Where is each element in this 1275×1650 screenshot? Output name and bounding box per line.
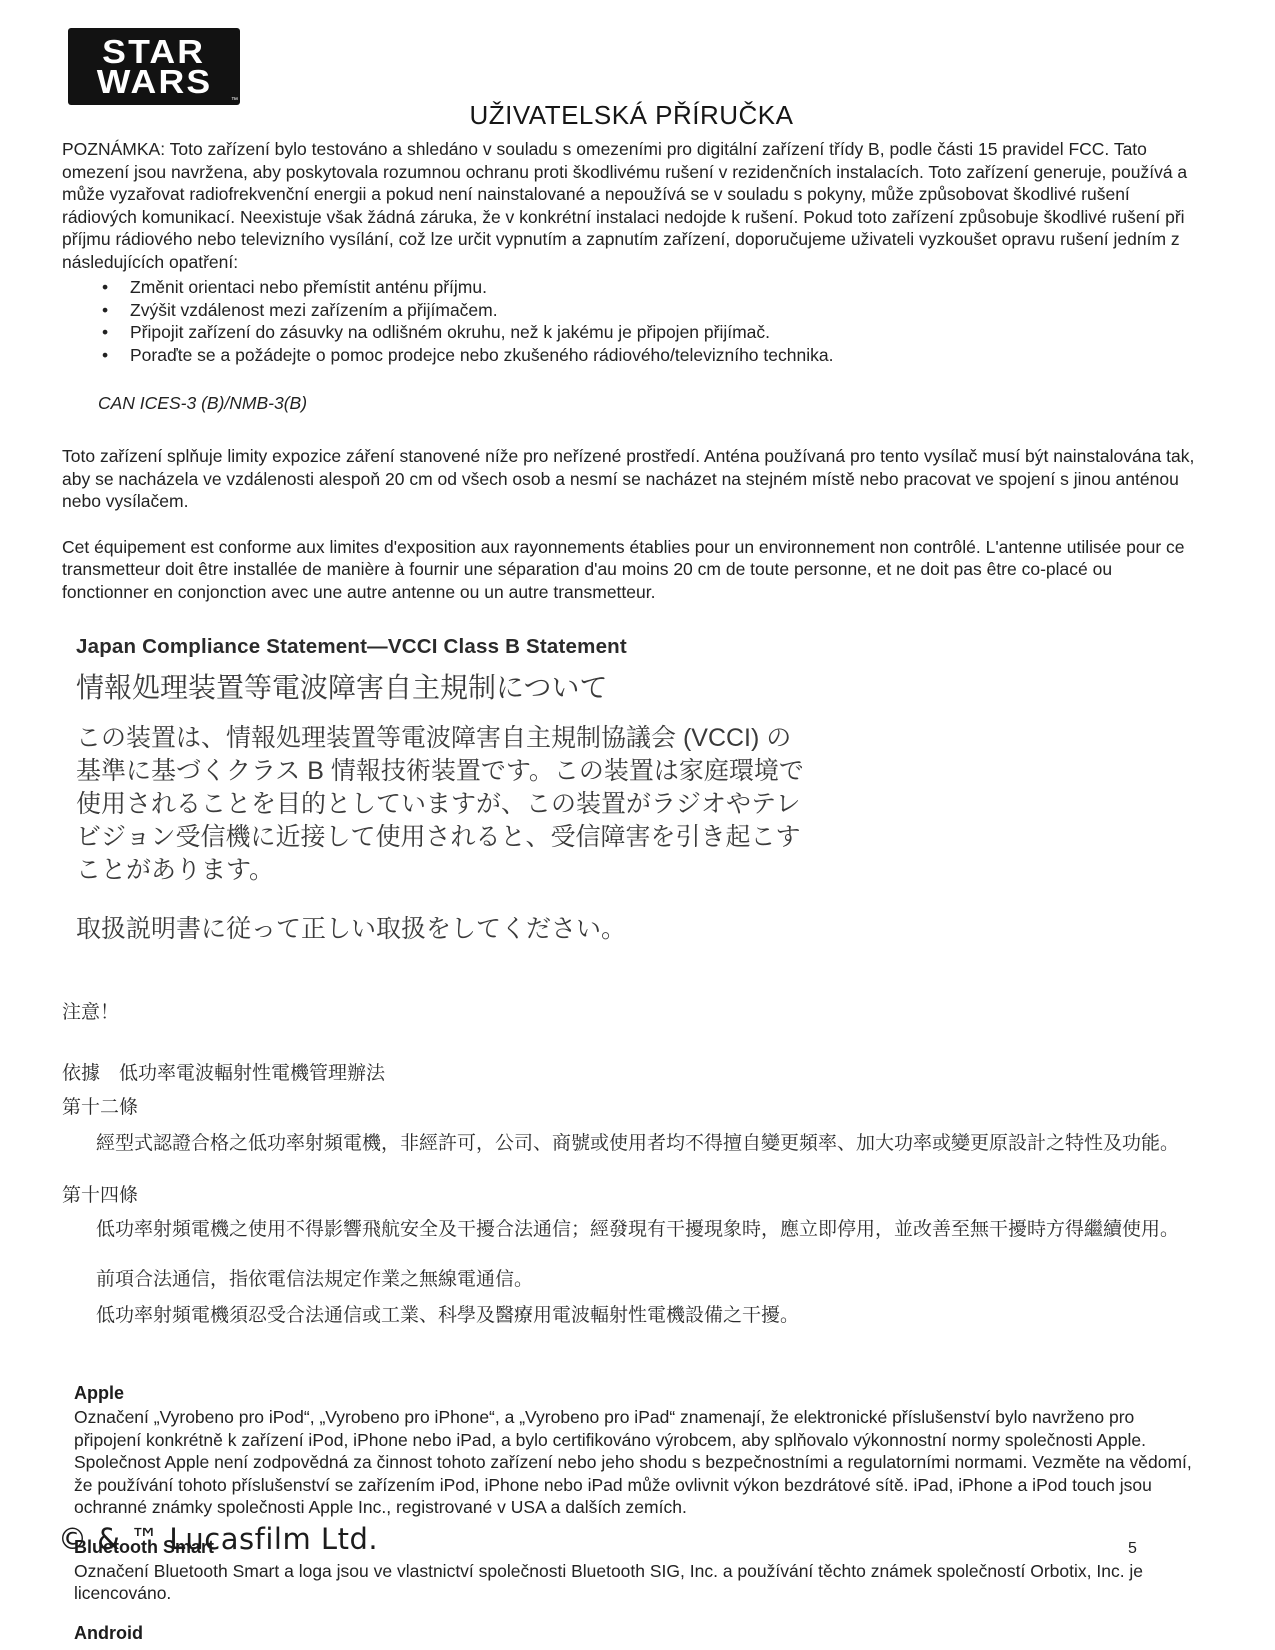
- vcci-body-line: 使用されることを目的としていますが、この装置がラジオやテレ: [76, 788, 1201, 821]
- taiwan-note2: 低功率射頻電機須忍受合法通信或工業、科學及醫療用電波輻射性電機設備之干擾。: [96, 1303, 1201, 1328]
- list-item: Připojit zařízení do zásuvky na odlišném…: [62, 321, 1201, 344]
- taiwan-ncc-section: 注意！ 依據 低功率電波輻射性電機管理辦法 第十二條 經型式認證合格之低功率射頻…: [62, 1000, 1201, 1328]
- bluetooth-paragraph: Označení Bluetooth Smart a loga jsou ve …: [74, 1560, 1201, 1605]
- japan-compliance-section: Japan Compliance Statement—VCCI Class B …: [76, 635, 1201, 946]
- vcci-subheading-ja: 情報処理装置等電波障害自主規制について: [76, 666, 1201, 706]
- logo-word-wars: WARS: [96, 67, 212, 97]
- taiwan-law-line: 依據 低功率電波輻射性電機管理辦法: [62, 1061, 1201, 1086]
- apple-heading: Apple: [74, 1382, 1201, 1404]
- manual-page: STAR WARS ™ UŽIVATELSKÁ PŘÍRUČKA POZNÁMK…: [0, 0, 1275, 1650]
- vcci-body-line: この装置は、情報処理装置等電波障害自主規制協議会 (VCCI) の: [76, 722, 1201, 755]
- vcci-body-ja: この装置は、情報処理装置等電波障害自主規制協議会 (VCCI) の 基準に基づく…: [76, 722, 1201, 887]
- taiwan-note1: 前項合法通信，指依電信法規定作業之無線電通信。: [96, 1267, 1201, 1292]
- page-number: 5: [1128, 1540, 1137, 1558]
- copyright-line: © & ™ Lucasfilm Ltd.: [58, 1522, 378, 1556]
- japan-compliance-heading: Japan Compliance Statement—VCCI Class B …: [76, 635, 1201, 659]
- vcci-body-line: ビジョン受信機に近接して使用されると、受信障害を引き起こす: [76, 821, 1201, 854]
- android-heading: Android: [74, 1622, 1201, 1644]
- trademark-notices-section: Apple Označení „Vyrobeno pro iPod“, „Vyr…: [74, 1382, 1201, 1644]
- star-wars-logo: STAR WARS ™: [68, 28, 240, 105]
- vcci-note-ja: 取扱説明書に従って正しい取扱をしてください。: [76, 913, 1201, 946]
- list-item: Zvýšit vzdálenost mezi zařízením a přijí…: [62, 299, 1201, 322]
- taiwan-article14-heading: 第十四條: [62, 1183, 1201, 1208]
- fcc-remedy-list: Změnit orientaci nebo přemístit anténu p…: [62, 276, 1201, 366]
- taiwan-article12-heading: 第十二條: [62, 1095, 1201, 1120]
- can-ices-note: CAN ICES-3 (B)/NMB-3(B): [98, 393, 1201, 414]
- list-item: Změnit orientaci nebo přemístit anténu p…: [62, 276, 1201, 299]
- fcc-note-paragraph: POZNÁMKA: Toto zařízení bylo testováno a…: [62, 138, 1201, 273]
- taiwan-article12-body: 經型式認證合格之低功率射頻電機，非經許可，公司、商號或使用者均不得擅自變更頻率、…: [96, 1131, 1201, 1156]
- rf-exposure-fr-paragraph: Cet équipement est conforme aux limites …: [62, 536, 1201, 604]
- taiwan-attention-heading: 注意！: [62, 1000, 1201, 1025]
- rf-exposure-cs-paragraph: Toto zařízení splňuje limity expozice zá…: [62, 445, 1201, 513]
- list-item: Poraďte se a požádejte o pomoc prodejce …: [62, 344, 1201, 367]
- vcci-body-line: 基準に基づくクラス B 情報技術装置です。この装置は家庭環境で: [76, 755, 1201, 788]
- apple-paragraph: Označení „Vyrobeno pro iPod“, „Vyrobeno …: [74, 1406, 1201, 1519]
- vcci-body-line: ことがあります。: [76, 854, 1201, 887]
- taiwan-article14-body: 低功率射頻電機之使用不得影響飛航安全及干擾合法通信；經發現有干擾現象時，應立即停…: [96, 1217, 1201, 1242]
- trademark-symbol: ™: [231, 97, 238, 104]
